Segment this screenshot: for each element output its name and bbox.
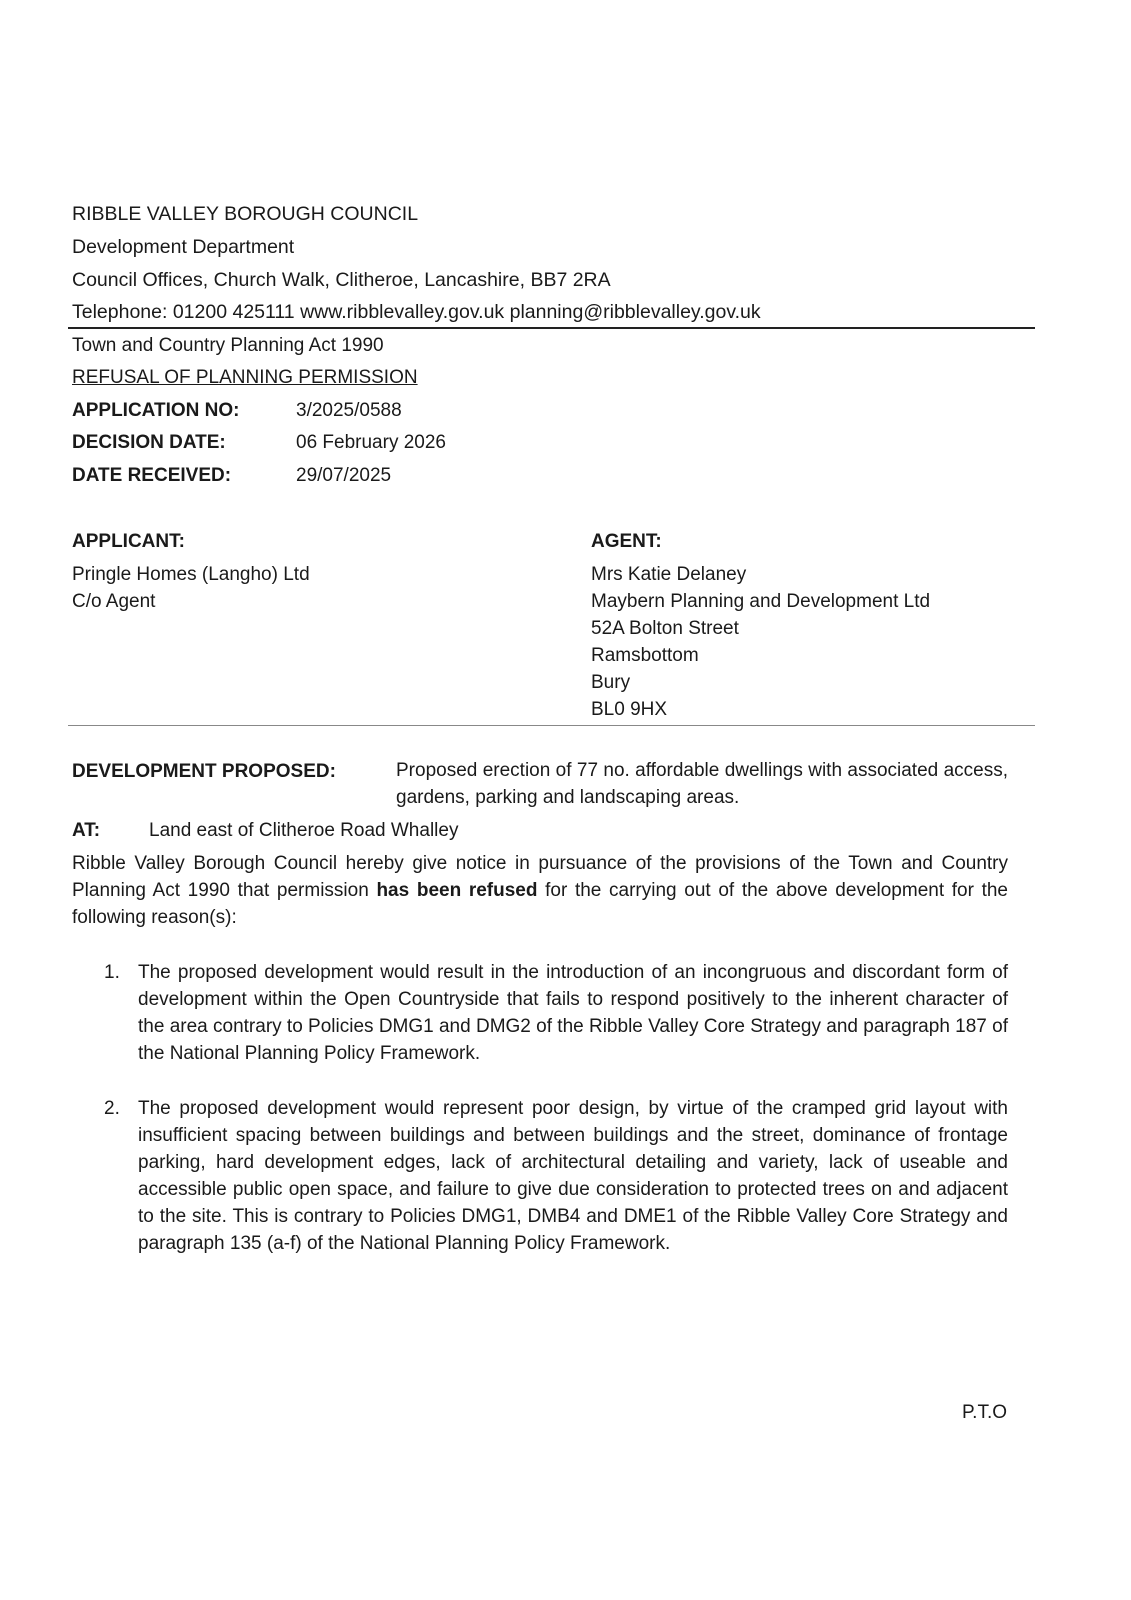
development-description: Proposed erection of 77 no. affordable d… [396, 757, 1008, 811]
reason-item: 1. The proposed development would result… [104, 959, 1008, 1067]
agent-line: Mrs Katie Delaney [591, 561, 930, 588]
reason-number: 2. [104, 1095, 120, 1122]
decision-outcome: has been refused [376, 880, 537, 901]
field-value: 3/2025/0588 [296, 400, 402, 421]
development-label: DEVELOPMENT PROPOSED: [72, 760, 336, 784]
decision-date-row: DECISION DATE:06 February 2026 [72, 431, 446, 455]
notice-title: REFUSAL OF PLANNING PERMISSION [72, 366, 418, 390]
department-name: Development Department [72, 235, 294, 259]
agent-line: BL0 9HX [591, 696, 930, 723]
reason-text: The proposed development would result in… [138, 959, 1008, 1067]
applicant-block: APPLICANT: Pringle Homes (Langho) Ltd C/… [72, 528, 310, 615]
reason-number: 1. [104, 959, 120, 986]
header-divider [68, 327, 1035, 329]
field-label: APPLICATION NO: [72, 399, 296, 423]
agent-line: Maybern Planning and Development Ltd [591, 588, 930, 615]
field-label: DATE RECEIVED: [72, 464, 296, 488]
decision-notice-page: RIBBLE VALLEY BOROUGH COUNCIL Developmen… [0, 0, 1131, 1600]
council-address: Council Offices, Church Walk, Clitheroe,… [72, 268, 611, 292]
date-received-row: DATE RECEIVED:29/07/2025 [72, 464, 391, 488]
application-number-row: APPLICATION NO:3/2025/0588 [72, 399, 402, 423]
agent-label: AGENT: [591, 528, 930, 555]
site-row: AT:Land east of Clitheroe Road Whalley [72, 819, 458, 843]
decision-statement: Ribble Valley Borough Council hereby giv… [72, 850, 1008, 931]
site-address: Land east of Clitheroe Road Whalley [149, 820, 458, 841]
site-label: AT: [72, 819, 149, 843]
act-title: Town and Country Planning Act 1990 [72, 334, 384, 358]
agent-line: Bury [591, 669, 930, 696]
parties-divider [68, 725, 1035, 726]
field-value: 29/07/2025 [296, 465, 391, 486]
reason-text: The proposed development would represent… [138, 1095, 1008, 1257]
agent-line: 52A Bolton Street [591, 615, 930, 642]
applicant-line: Pringle Homes (Langho) Ltd [72, 561, 310, 588]
reason-item: 2. The proposed development would repres… [104, 1095, 1008, 1257]
applicant-line: C/o Agent [72, 588, 310, 615]
field-label: DECISION DATE: [72, 431, 296, 455]
contact-details: Telephone: 01200 425111 www.ribblevalley… [72, 300, 761, 324]
applicant-label: APPLICANT: [72, 528, 310, 555]
please-turn-over: P.T.O [962, 1402, 1007, 1424]
field-value: 06 February 2026 [296, 432, 446, 453]
council-name: RIBBLE VALLEY BOROUGH COUNCIL [72, 202, 418, 226]
agent-block: AGENT: Mrs Katie Delaney Maybern Plannin… [591, 528, 930, 723]
agent-line: Ramsbottom [591, 642, 930, 669]
